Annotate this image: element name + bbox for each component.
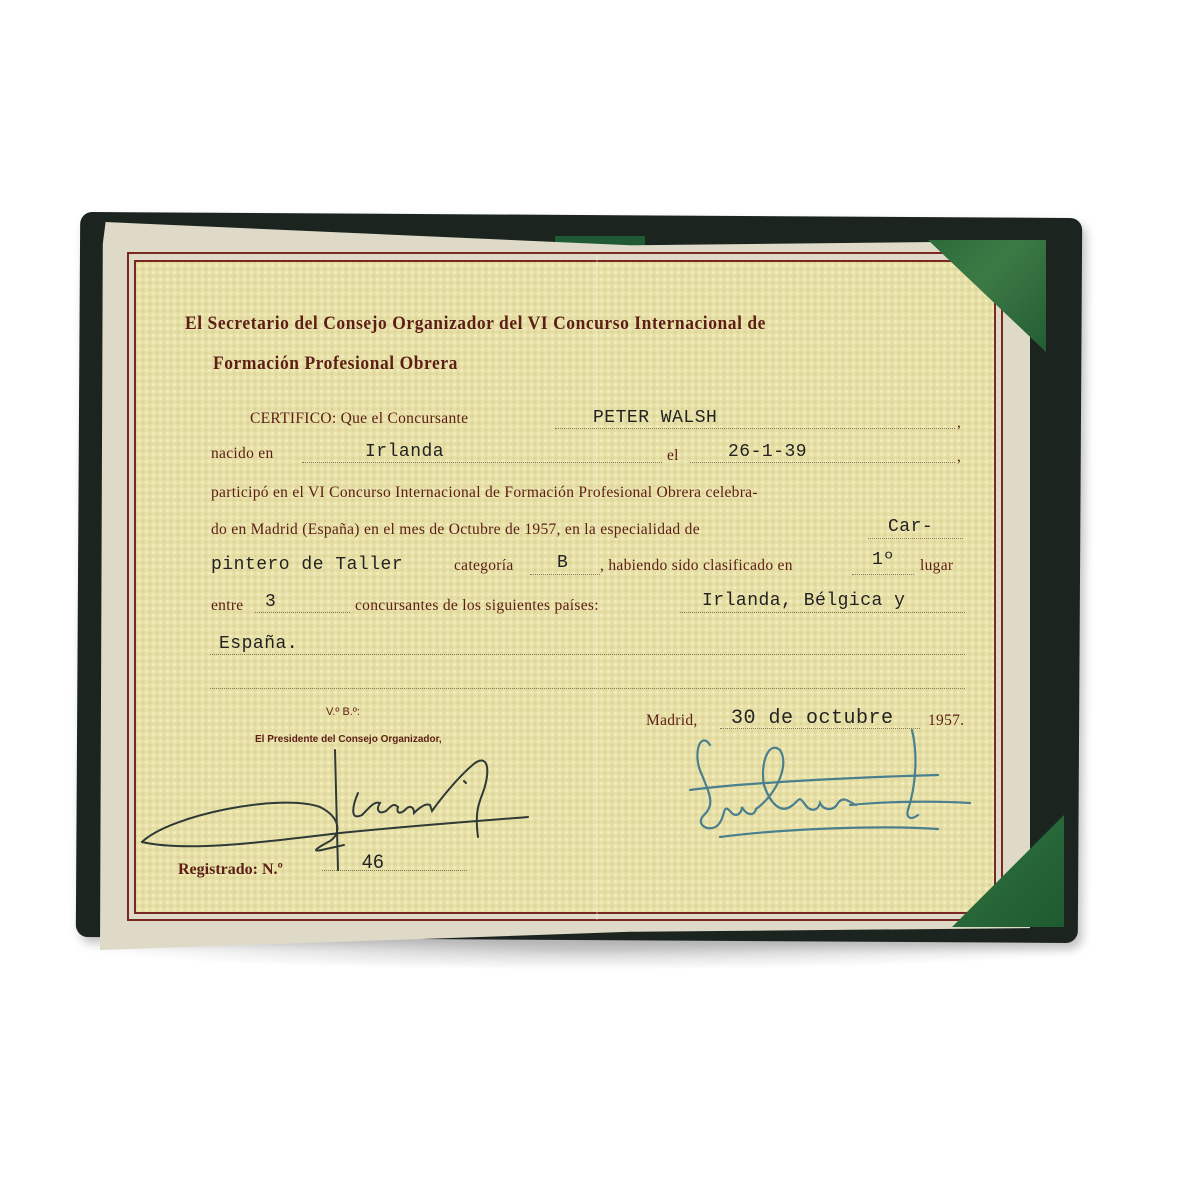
countries-label: concursantes de los siguientes países: <box>355 597 599 615</box>
birth-date: 26-1-39 <box>728 442 807 462</box>
secretary-signature <box>680 725 980 850</box>
category-dotted-line <box>530 574 600 575</box>
specialty-dotted-line <box>868 538 963 539</box>
place-label: lugar <box>920 557 953 575</box>
category-label: categoría <box>454 557 514 575</box>
classified-label: , habiendo sido clasificado en <box>600 557 793 575</box>
comma-1: , <box>957 414 961 432</box>
category-value: B <box>557 553 568 573</box>
empty-dotted-line <box>210 688 965 689</box>
specialty-part-1: Car- <box>888 517 933 537</box>
heading-line-2: Formación Profesional Obrera <box>213 353 458 375</box>
countries-dotted-line-2 <box>210 654 965 655</box>
countries-dotted-line <box>680 612 965 613</box>
born-in-dotted-line <box>302 462 662 463</box>
comma-2: , <box>957 448 961 466</box>
countries-part-2: España. <box>219 634 298 654</box>
contestants-count: 3 <box>265 592 276 612</box>
certifico-label: CERTIFICO: Que el Concursante <box>250 410 468 428</box>
born-in-value: Irlanda <box>365 442 444 462</box>
body-line-4: do en Madrid (España) en el mes de Octub… <box>211 521 700 539</box>
body-line-3: participó en el VI Concurso Internaciona… <box>211 484 758 502</box>
president-label: El Presidente del Consejo Organizador, <box>255 734 442 745</box>
contestant-name: PETER WALSH <box>593 408 717 428</box>
count-dotted-line <box>255 612 350 613</box>
heading-line-1: El Secretario del Consejo Organizador de… <box>185 313 766 335</box>
born-in-label: nacido en <box>211 445 274 463</box>
place-dotted-line <box>852 574 914 575</box>
president-signature <box>130 745 550 880</box>
place-value: 1º <box>872 550 895 570</box>
date-label: el <box>667 447 679 465</box>
date-dotted-line <box>690 462 955 463</box>
countries-part-1: Irlanda, Bélgica y <box>702 591 905 611</box>
center-fold <box>596 255 598 920</box>
vb-label: V.º B.º: <box>326 706 360 718</box>
specialty-part-2: pintero de Taller <box>211 555 403 575</box>
name-dotted-line <box>555 428 955 429</box>
between-label: entre <box>211 597 243 615</box>
